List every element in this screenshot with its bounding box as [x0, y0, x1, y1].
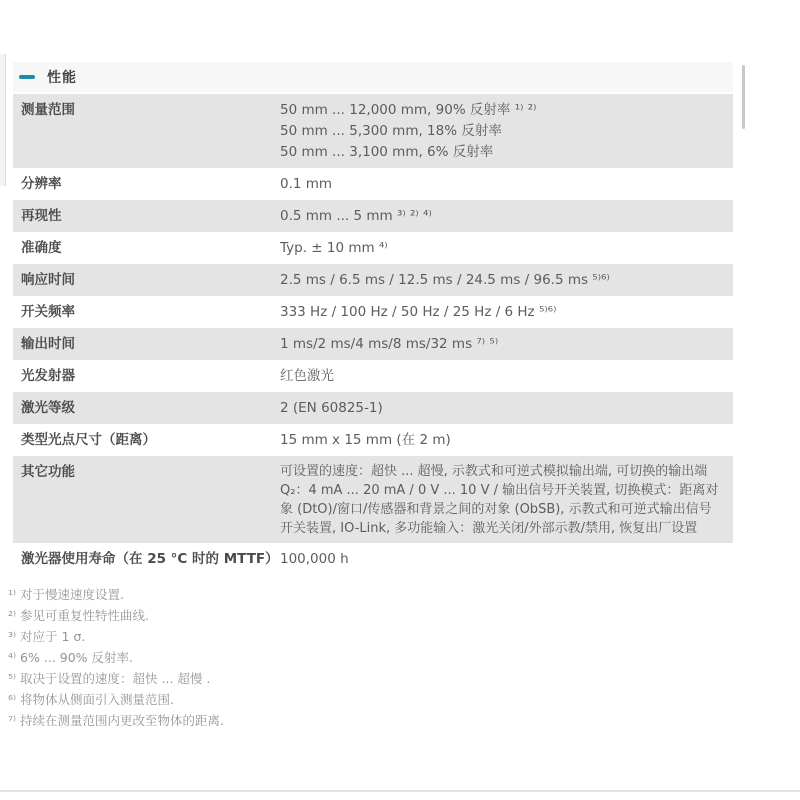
- spec-label: 激光器使用寿命（在 25 °C 时的 MTTF）: [21, 548, 280, 570]
- table-row: 光发射器 红色激光: [13, 360, 733, 392]
- spec-value: 1 ms/2 ms/4 ms/8 ms/32 ms ⁷⁾ ⁵⁾: [280, 333, 721, 355]
- spec-value: 可设置的速度：超快 ... 超慢, 示教式和可逆式模拟输出端, 可切换的输出端 …: [280, 461, 721, 538]
- spec-value: 0.1 mm: [280, 173, 721, 195]
- spec-label: 分辨率: [21, 173, 280, 195]
- table-row: 准确度 Typ. ± 10 mm ⁴⁾: [13, 232, 733, 264]
- spec-value: 50 mm ... 12,000 mm, 90% 反射率 ¹⁾ ²⁾ 50 mm…: [280, 99, 721, 163]
- collapse-minus-icon: [19, 75, 35, 79]
- spec-label: 再现性: [21, 205, 280, 227]
- bottom-divider: [0, 790, 800, 792]
- spec-value: 2 (EN 60825-1): [280, 397, 721, 419]
- spec-table: 测量范围 50 mm ... 12,000 mm, 90% 反射率 ¹⁾ ²⁾ …: [13, 94, 733, 575]
- section-header-performance[interactable]: 性能: [13, 62, 733, 92]
- spec-label: 激光等级: [21, 397, 280, 419]
- table-row: 测量范围 50 mm ... 12,000 mm, 90% 反射率 ¹⁾ ²⁾ …: [13, 94, 733, 168]
- spec-value: 15 mm x 15 mm (在 2 m): [280, 429, 721, 451]
- table-row: 响应时间 2.5 ms / 6.5 ms / 12.5 ms / 24.5 ms…: [13, 264, 733, 296]
- left-panel-edge: [0, 54, 6, 186]
- spec-label: 类型光点尺寸（距离）: [21, 429, 280, 451]
- spec-page: 性能 测量范围 50 mm ... 12,000 mm, 90% 反射率 ¹⁾ …: [0, 0, 800, 800]
- footnote: ²⁾ 参见可重复性特性曲线.: [8, 605, 708, 626]
- table-row: 激光等级 2 (EN 60825-1): [13, 392, 733, 424]
- spec-label: 其它功能: [21, 461, 280, 483]
- spec-value: 0.5 mm ... 5 mm ³⁾ ²⁾ ⁴⁾: [280, 205, 721, 227]
- spec-value: 100,000 h: [280, 548, 721, 570]
- table-row: 激光器使用寿命（在 25 °C 时的 MTTF） 100,000 h: [13, 543, 733, 575]
- footnote: ⁷⁾ 持续在测量范围内更改至物体的距离.: [8, 710, 708, 731]
- spec-label: 输出时间: [21, 333, 280, 355]
- section-title: 性能: [47, 67, 77, 87]
- spec-value: 333 Hz / 100 Hz / 50 Hz / 25 Hz / 6 Hz ⁵…: [280, 301, 721, 323]
- spec-value: 2.5 ms / 6.5 ms / 12.5 ms / 24.5 ms / 96…: [280, 269, 721, 291]
- table-row: 分辨率 0.1 mm: [13, 168, 733, 200]
- spec-value: Typ. ± 10 mm ⁴⁾: [280, 237, 721, 259]
- table-row: 输出时间 1 ms/2 ms/4 ms/8 ms/32 ms ⁷⁾ ⁵⁾: [13, 328, 733, 360]
- footnote: ⁴⁾ 6% ... 90% 反射率.: [8, 647, 708, 668]
- footnote: ⁶⁾ 将物体从侧面引入测量范围.: [8, 689, 708, 710]
- spec-label: 响应时间: [21, 269, 280, 291]
- footnote: ¹⁾ 对于慢速速度设置.: [8, 584, 708, 605]
- table-row: 其它功能 可设置的速度：超快 ... 超慢, 示教式和可逆式模拟输出端, 可切换…: [13, 456, 733, 543]
- table-row: 开关频率 333 Hz / 100 Hz / 50 Hz / 25 Hz / 6…: [13, 296, 733, 328]
- spec-label: 光发射器: [21, 365, 280, 387]
- spec-label: 准确度: [21, 237, 280, 259]
- performance-section: 性能 测量范围 50 mm ... 12,000 mm, 90% 反射率 ¹⁾ …: [13, 62, 733, 575]
- footnote: ³⁾ 对应于 1 σ.: [8, 626, 708, 647]
- vertical-scrollbar-thumb[interactable]: [742, 65, 745, 129]
- table-row: 类型光点尺寸（距离） 15 mm x 15 mm (在 2 m): [13, 424, 733, 456]
- footnote: ⁵⁾ 取决于设置的速度：超快 ... 超慢 .: [8, 668, 708, 689]
- spec-label: 开关频率: [21, 301, 280, 323]
- footnotes-list: ¹⁾ 对于慢速速度设置. ²⁾ 参见可重复性特性曲线. ³⁾ 对应于 1 σ. …: [8, 584, 708, 731]
- spec-label: 测量范围: [21, 99, 280, 121]
- spec-value: 红色激光: [280, 365, 721, 387]
- table-row: 再现性 0.5 mm ... 5 mm ³⁾ ²⁾ ⁴⁾: [13, 200, 733, 232]
